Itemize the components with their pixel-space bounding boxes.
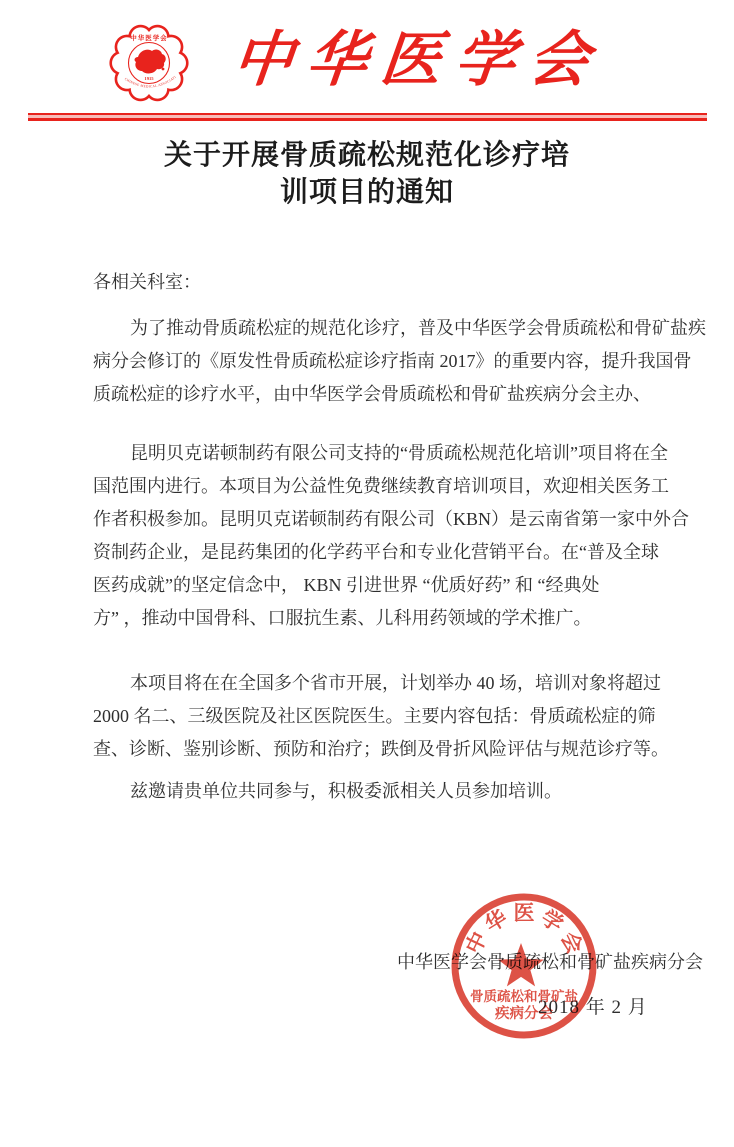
cma-emblem-logo: 中华医学会 1915 CHINESE MEDICAL ASSOCIATION [103,22,195,102]
seal-star [498,943,544,986]
logo-top-text: 中华医学会 [130,33,168,42]
salutation: 各相关科室： [93,266,733,299]
brand-calligraphy-text: 中华医学会 [213,14,623,106]
seal-arc-char: 医 [514,901,535,925]
body-paragraph: 兹邀请贵单位共同参与，积极委派相关人员参加培训。 [93,775,733,808]
logo-year: 1915 [144,76,154,81]
notice-title: 关于开展骨质疏松规范化诊疗培 训项目的通知 [0,137,734,211]
emblem-island-dot [162,68,165,71]
official-seal: 中 华 医 学 会 骨质疏松和骨矿盐 疾病分会 [449,891,599,1041]
red-double-rule [28,113,707,121]
body-paragraph: 为了推动骨质疏松症的规范化诊疗，普及中华医学会骨质疏松和骨矿盐疾 病分会修订的《… [93,312,733,411]
seal-subtitle-line2: 疾病分会 [495,1004,553,1022]
seal-subtitle-line1: 骨质疏松和骨矿盐 [470,988,578,1004]
document-page: 中华医学会 1915 CHINESE MEDICAL ASSOCIATION 中… [0,0,734,1147]
notice-body: 各相关科室： 为了推动骨质疏松症的规范化诊疗，普及中华医学会骨质疏松和骨矿盐疾 … [93,266,733,808]
body-paragraph: 本项目将在在全国多个省市开展，计划举办 40 场，培训对象将超过 2000 名二… [93,667,733,766]
body-paragraph: 昆明贝克诺顿制药有限公司支持的“骨质疏松规范化培训”项目将在全 国范围内进行。本… [93,437,733,635]
